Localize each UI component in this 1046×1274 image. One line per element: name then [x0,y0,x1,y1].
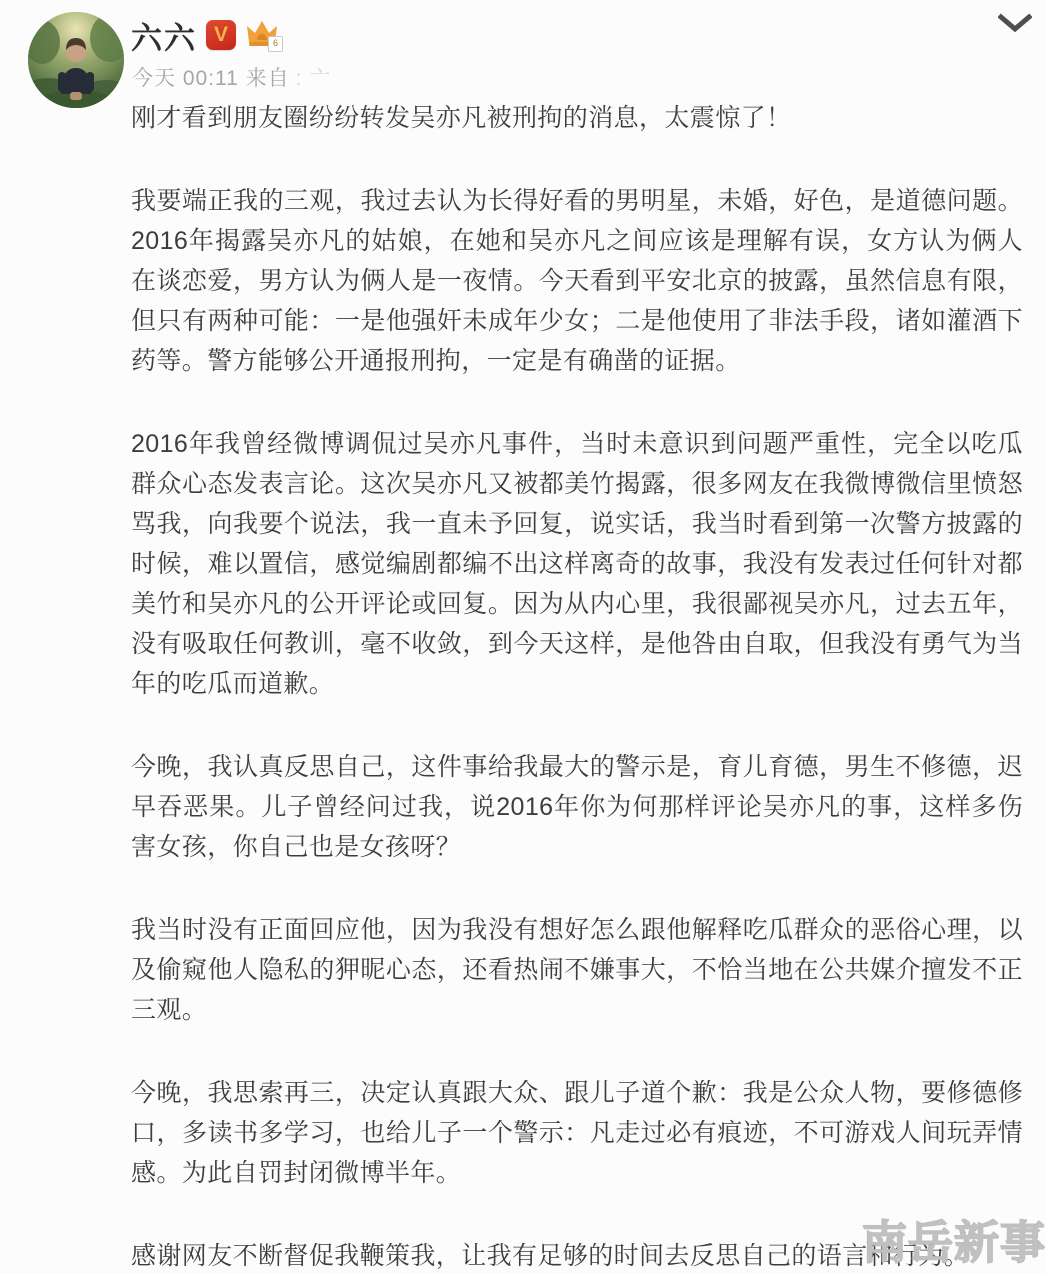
post-timestamp: 今天 00:11 来自: 亠 [132,62,331,92]
author-row: 六六 V 6 [131,16,281,54]
post-paragraph: 今晚，我思索再三，决定认真跟大众、跟儿子道个歉：我是公众人物，要修德修口，多读书… [131,1073,1023,1193]
avatar-photo [28,12,124,108]
weibo-post-card: 六六 V 6 今天 00:11 来自: 亠 刚才看到朋友圈纷纷转发吴亦凡被刑拘的… [0,0,1046,1274]
verified-badge-icon: V [206,20,236,50]
timestamp-text: 今天 00:11 来自 [132,67,290,90]
post-paragraph: 今晚，我认真反思自己，这件事给我最大的警示是，育儿育德，男生不修德，迟早吞恶果。… [131,747,1023,867]
vip-level-badge: 6 [268,36,283,52]
username[interactable]: 六六 [131,13,197,58]
post-paragraph: 感谢网友不断督促我鞭策我，让我有足够的时间去反思自己的语言和行为。 [131,1236,1023,1274]
post-content: 刚才看到朋友圈纷纷转发吴亦凡被刑拘的消息，太震惊了！ 我要端正我的三观，我过去认… [131,98,1023,1274]
post-paragraph: 我要端正我的三观，我过去认为长得好看的男明星，未婚，好色，是道德问题。2016年… [131,181,1023,381]
source-remnant: : 亠 [296,67,332,90]
post-paragraph: 刚才看到朋友圈纷纷转发吴亦凡被刑拘的消息，太震惊了！ [131,98,1023,138]
avatar[interactable] [28,12,124,108]
chevron-down-icon[interactable] [996,8,1034,38]
post-paragraph: 我当时没有正面回应他，因为我没有想好怎么跟他解释吃瓜群众的恶俗心理，以及偷窥他人… [131,910,1023,1030]
vip-crown-icon: 6 [245,18,281,52]
post-paragraph: 2016年我曾经微博调侃过吴亦凡事件，当时未意识到问题严重性，完全以吃瓜群众心态… [131,424,1023,704]
